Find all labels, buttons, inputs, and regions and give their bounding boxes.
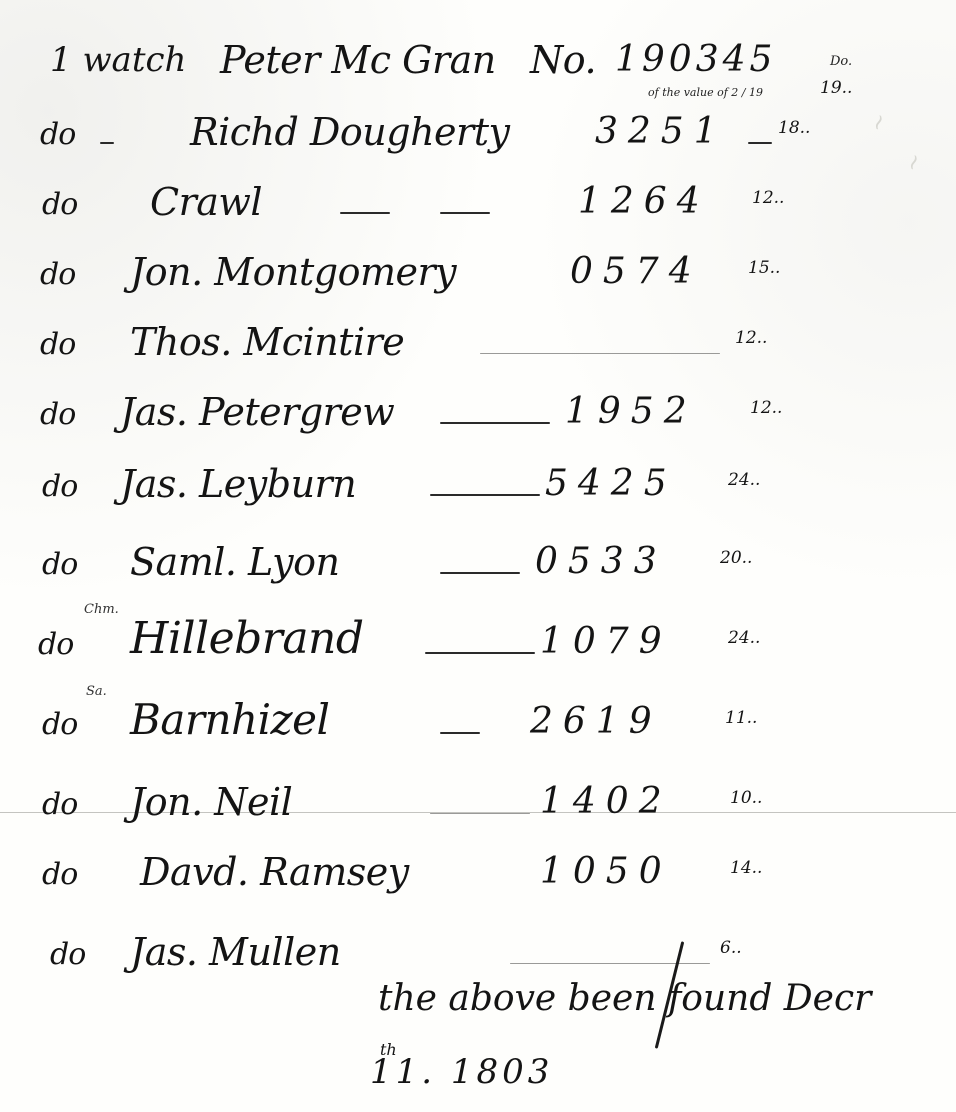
owner-name: Davd. Ramsey [140, 850, 409, 894]
closing-statement: the above been found Decr [378, 978, 871, 1019]
owner-name: Jas. Leyburn [120, 462, 356, 506]
watch-number: 1402 [540, 781, 672, 822]
owner-name: Richd Dougherty [190, 110, 509, 154]
dash [425, 652, 535, 654]
entry-row-4: do Jon. Montgomery 0574 15.. [30, 240, 930, 300]
watch-number: 0574 [570, 251, 702, 292]
dash [340, 212, 390, 214]
entry-row-11: do Jon. Neil 1402 10.. [30, 770, 930, 830]
ditto-mark: do [42, 787, 77, 822]
watch-number: 190345 [615, 39, 776, 80]
ditto-mark: do [42, 707, 77, 742]
amount: 18.. [778, 118, 810, 138]
ditto-mark: do [42, 547, 77, 582]
ditto-mark: do [40, 257, 75, 292]
amount: 14.. [730, 858, 762, 878]
margin-note: Do. [830, 54, 852, 69]
ditto-mark: do [50, 937, 85, 972]
owner-name: Peter Mc Gran [220, 38, 496, 82]
ditto-mark: do [40, 327, 75, 362]
dash [748, 142, 772, 144]
dash [440, 572, 520, 574]
amount: 24.. [728, 470, 760, 490]
dash [440, 212, 490, 214]
entry-row-9: Chm. do Hillebrand 1079 24.. [30, 610, 930, 670]
entry-row-7: do Jas. Leyburn 5425 24.. [30, 452, 930, 512]
entry-row-13: do Jas. Mullen 6.. [30, 920, 930, 980]
entry-row-12: do Davd. Ramsey 1050 14.. [30, 840, 930, 900]
closing-date: 11. 1803 [370, 1052, 553, 1092]
watch-number: 2619 [530, 701, 662, 742]
owner-name: Jas. Mullen [130, 930, 341, 974]
amount: 19.. [820, 78, 852, 98]
entry-row-3: do Crawl 1264 12.. [30, 170, 930, 230]
dash [510, 963, 710, 965]
watch-number: 0533 [535, 541, 667, 582]
ditto-mark: do [40, 117, 75, 152]
ditto-mark: do [38, 627, 73, 662]
watch-number: 1264 [578, 181, 710, 222]
name-superscript: Chm. [84, 602, 119, 617]
owner-name: Saml. Lyon [130, 540, 339, 584]
name-superscript: Sa. [86, 684, 107, 699]
amount: 12.. [752, 188, 784, 208]
entry-row-8: do Saml. Lyon 0533 20.. [30, 530, 930, 590]
dash [480, 353, 720, 355]
entry-row-6: do Jas. Petergrew 1952 12.. [30, 380, 930, 440]
entry-row-5: do Thos. Mcintire 12.. [30, 310, 930, 370]
owner-name: Crawl [150, 180, 262, 224]
ditto-mark: do [42, 187, 77, 222]
watch-number: 5425 [545, 463, 677, 504]
entry-row-1: 1 watch Peter Mc Gran No. 190345 Do. of … [30, 28, 930, 88]
amount: 12.. [750, 398, 782, 418]
entry-row-10: Sa. do Barnhizel 2619 11.. [30, 690, 930, 750]
owner-name: Thos. Mcintire [130, 320, 404, 364]
ditto-mark: do [42, 469, 77, 504]
amount: 12.. [735, 328, 767, 348]
amount: 6.. [720, 938, 742, 958]
owner-name: Jon. Montgomery [130, 250, 456, 294]
dash [430, 494, 540, 496]
dash [430, 813, 530, 815]
dash [440, 732, 480, 734]
amount: 15.. [748, 258, 780, 278]
watch-number: 3251 [595, 111, 727, 152]
amount: 10.. [730, 788, 762, 808]
amount: 24.. [728, 628, 760, 648]
amount: 20.. [720, 548, 752, 568]
number-label: No. [530, 38, 596, 82]
dash [100, 142, 114, 144]
ditto-mark: do [40, 397, 75, 432]
watch-number: 1079 [540, 621, 672, 662]
owner-name: Jon. Neil [130, 780, 292, 824]
value-note: of the value of 2 / 19 [648, 86, 763, 99]
entry-row-2: do Richd Dougherty 3251 18.. [30, 100, 930, 160]
ditto-mark: do [42, 857, 77, 892]
watch-number: 1952 [565, 391, 697, 432]
watch-number: 1050 [540, 851, 672, 892]
owner-name: Barnhizel [130, 695, 329, 744]
document-page: ~ ~ 1 watch Peter Mc Gran No. 190345 Do.… [0, 0, 956, 1112]
dash [440, 422, 550, 424]
owner-name: Jas. Petergrew [120, 390, 394, 434]
amount: 11.. [725, 708, 757, 728]
owner-name: Hillebrand [130, 613, 364, 664]
entry-prefix: 1 watch [50, 40, 186, 80]
